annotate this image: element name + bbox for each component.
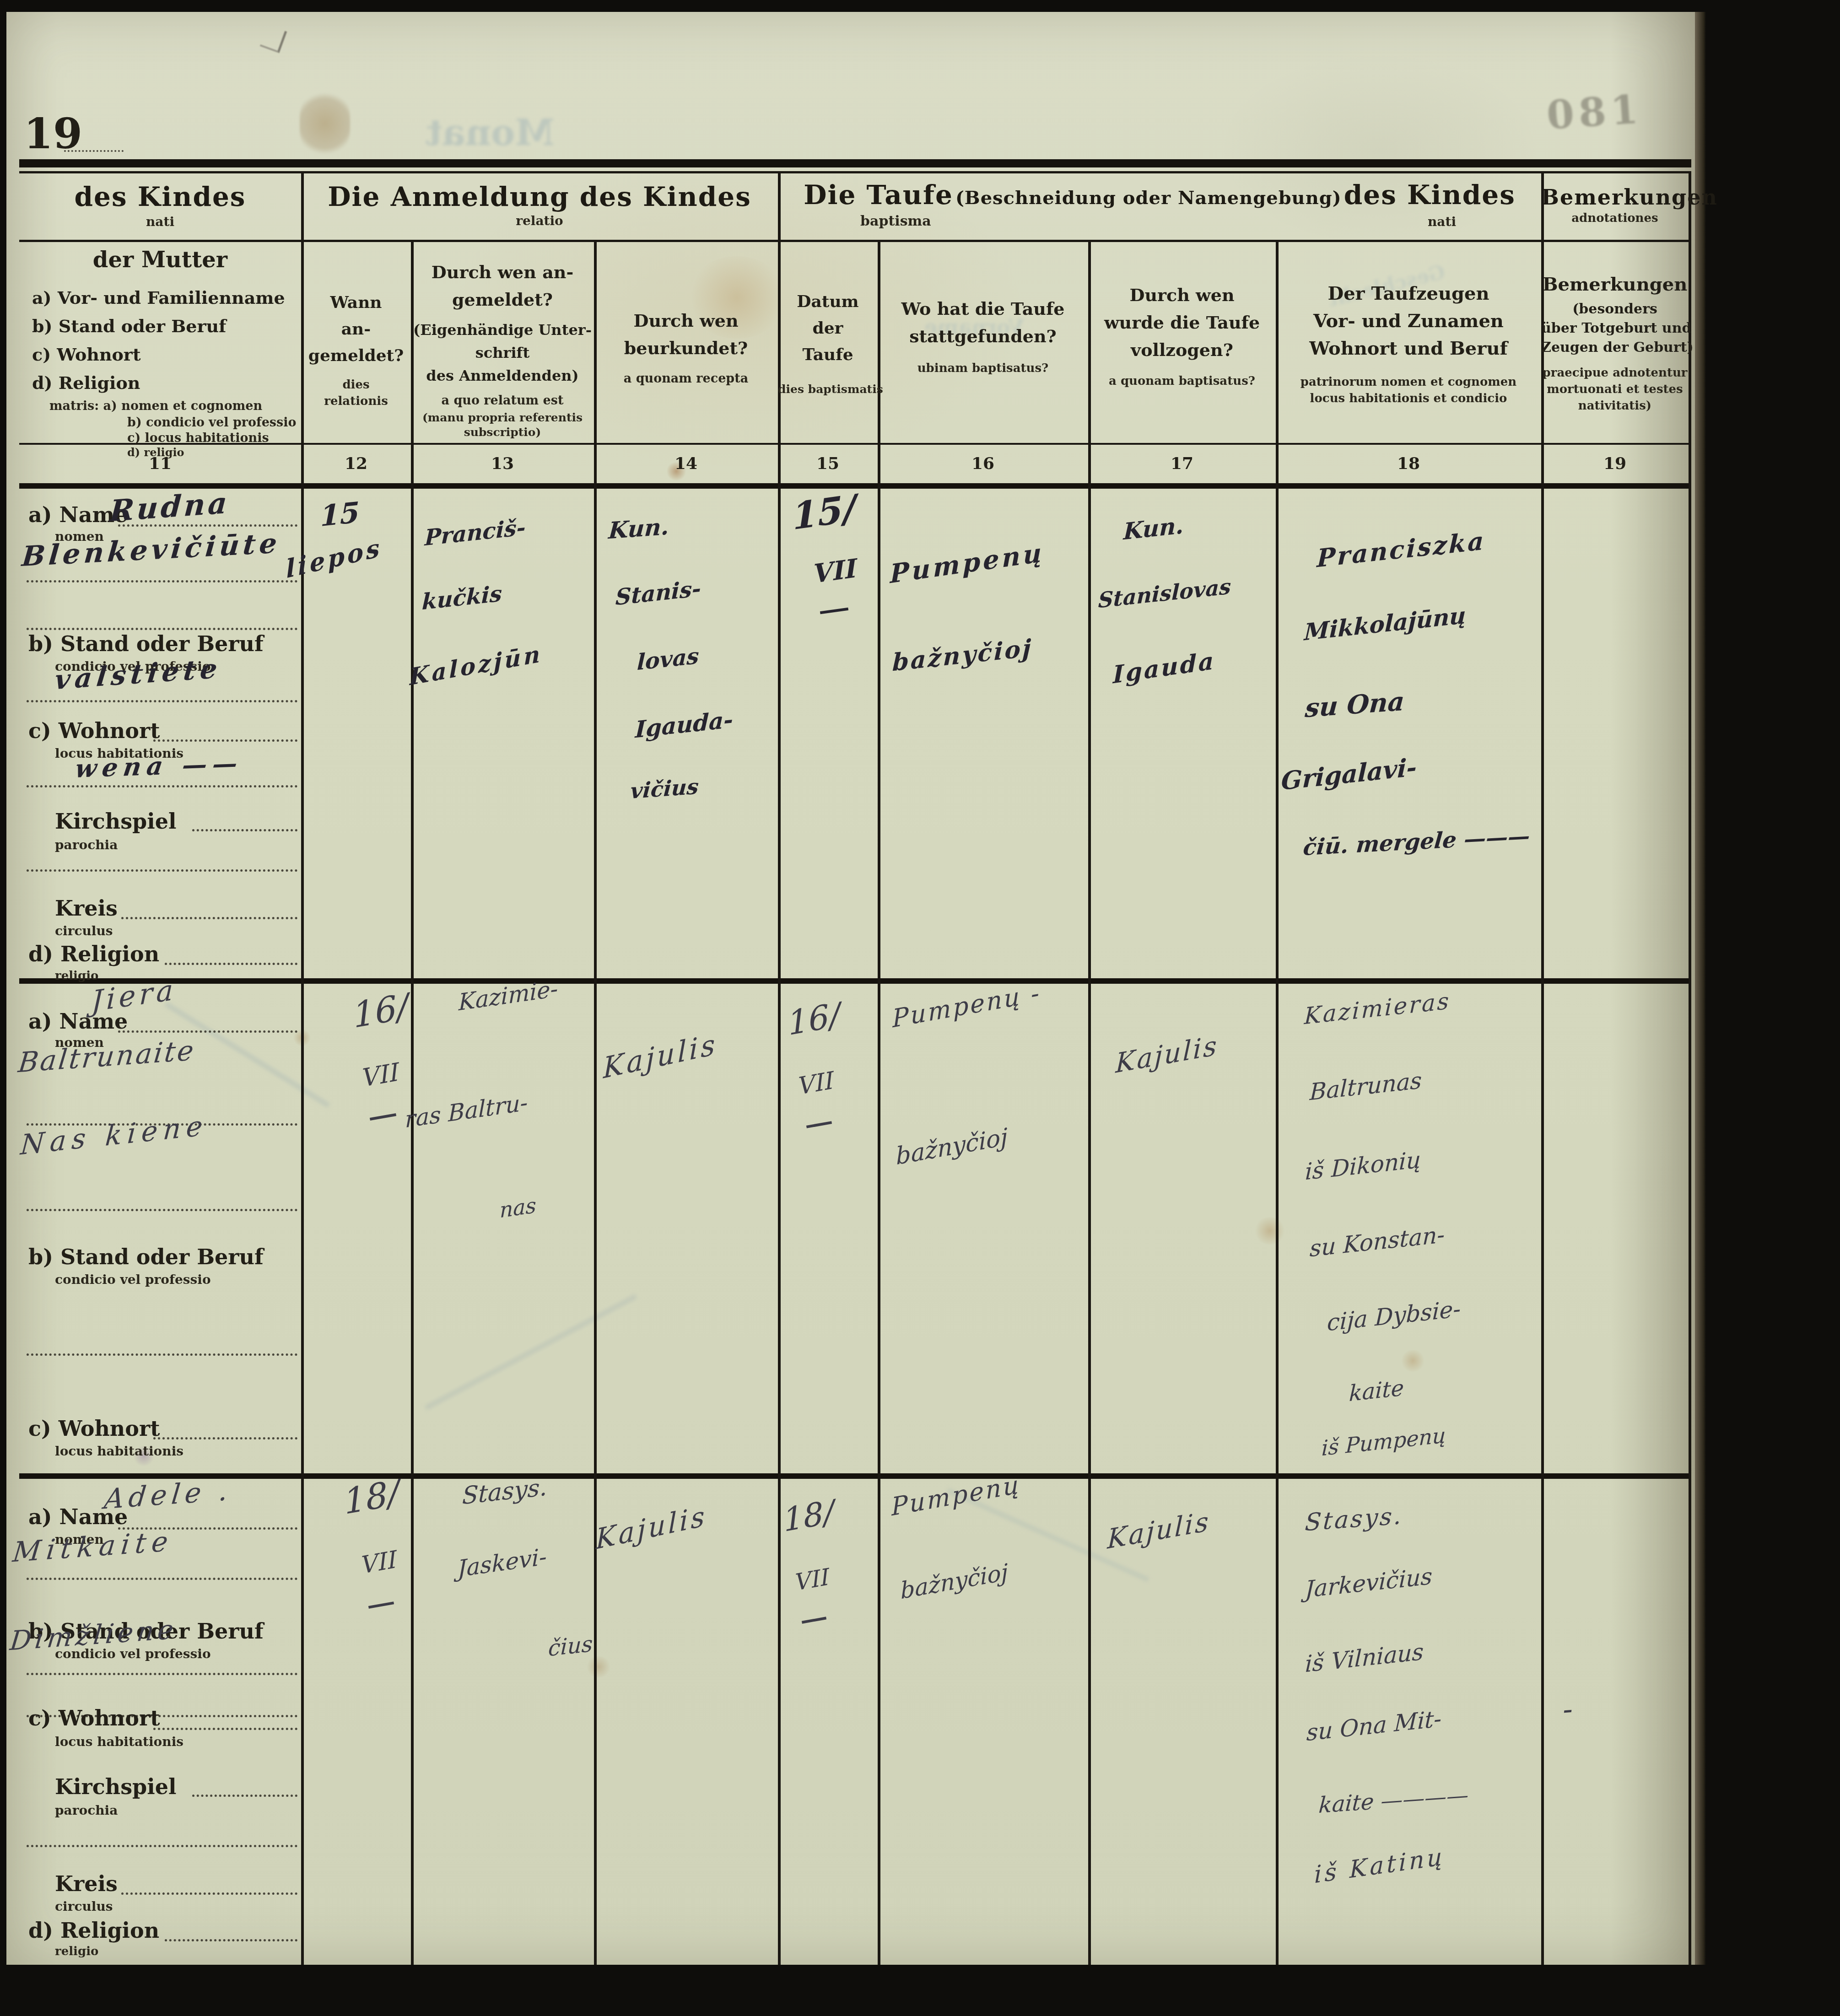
group-taufe-title-tail: des Kindes (1344, 179, 1516, 210)
col19-line1: Bemerkungen (1541, 274, 1689, 295)
r3-label-kreis-lat: circulus (55, 1899, 113, 1914)
r1-dots-name3 (27, 628, 297, 630)
col18-line3: Wohnort und Beruf (1276, 338, 1541, 359)
table-right-rule (1689, 172, 1691, 1965)
col12-number: 12 (301, 454, 411, 473)
r2-label-stand: b) Stand oder Beruf (28, 1245, 264, 1269)
r1-dots-wohnort2 (27, 785, 297, 787)
col12-latin-1: dies (301, 378, 411, 392)
group-taufe-title: Die Taufe (Beschneidung oder Namengebung… (778, 179, 1541, 210)
col11-title: der Mutter (19, 247, 301, 273)
col18-line1: Der Taufzeugen (1276, 283, 1541, 304)
col-line-17-18 (1276, 242, 1279, 1965)
r1-label-religion-lat: religio (55, 969, 98, 983)
col16-line2: stattgefunden? (878, 326, 1088, 346)
col13-line1: Durch wen an- (411, 262, 594, 282)
table-top-rule (19, 159, 1691, 167)
col19-number: 19 (1541, 454, 1689, 473)
group-taufe-subtitle-left: baptisma (860, 213, 931, 229)
page-number-line (64, 150, 124, 152)
r3-dots-name2 (27, 1578, 297, 1580)
col11-latin-3: c) locus habitationis (127, 431, 269, 445)
col-line-15-16 (878, 242, 880, 1965)
r3-label-religion: d) Religion (28, 1918, 159, 1943)
col-line-16-17 (1088, 242, 1091, 1965)
group-bemerkungen-subtitle: adnotationes (1541, 211, 1689, 225)
col13-sub2: schrift (411, 344, 594, 361)
r1-label-kreis: Kreis (55, 896, 118, 921)
row1-bottom-rule (19, 978, 1691, 984)
group-taufe-subtitle-right: nati (1428, 214, 1456, 229)
col12-line1: Wann (301, 293, 411, 312)
col11-item-d: d) Religion (32, 372, 140, 393)
r1-datum-monat: VII (813, 553, 858, 589)
r1-datum-tag: 15/ (792, 486, 857, 538)
r1-dots-kreis (121, 917, 297, 919)
col19-sub3: Zeugen der Geburt) (1541, 340, 1689, 356)
col11-number: 11 (19, 454, 301, 473)
r2-label-wohnort-lat: locus habitationis (55, 1444, 183, 1459)
group-anmeldung-title: Die Anmeldung des Kindes (301, 181, 778, 212)
col13-latin-2: (manu propria referentis (411, 411, 594, 424)
r3-label-wohnort-lat: locus habitationis (55, 1734, 183, 1749)
col-line-14-15 (778, 172, 781, 1965)
r2-dots-stand (27, 1353, 297, 1356)
group-kind-subtitle: nati (19, 214, 301, 229)
r1-label-kreis-lat: circulus (55, 923, 113, 938)
r2-melder-3: nas (500, 1193, 536, 1223)
col11-item-b: b) Stand oder Beruf (32, 316, 226, 336)
r2-dots-name (118, 1030, 297, 1033)
col13-number: 13 (411, 454, 594, 473)
col14-latin-1: a quonam recepta (594, 372, 778, 386)
row2-bottom-rule (19, 1473, 1691, 1479)
group-taufe-title-main: Die Taufe (804, 179, 953, 210)
scanned-register-page: { "page": { "number": "19" }, "ghosts": … (0, 0, 1840, 2016)
r1-dots-stand (27, 700, 297, 702)
col12-line3: gemeldet? (301, 346, 411, 365)
col15-latin-1: dies baptismatis (778, 383, 878, 396)
col11-latin-2: b) condicio vel professio (127, 415, 296, 430)
r1-beurkundet-5: vičius (630, 774, 699, 803)
r1-dots-wohnort (153, 739, 297, 742)
col-line-13-14 (594, 242, 597, 1965)
r3-dots-kirchspiel2 (27, 1845, 297, 1847)
col16-line1: Wo hat die Taufe (878, 298, 1088, 319)
col19-sub1: (besonders (1541, 301, 1689, 317)
col13-latin-1: a quo relatum est (411, 393, 594, 408)
col11-item-a: a) Vor- und Familienname (32, 287, 285, 308)
col15-line1: Datum (778, 292, 878, 311)
col15-line2: der (778, 318, 878, 338)
col15-number: 15 (778, 454, 878, 473)
col18-line2: Vor- und Zunamen (1276, 310, 1541, 332)
r3-label-kirchspiel: Kirchspiel (55, 1774, 176, 1799)
col19-latin-1: praecipue adnotentur (1541, 366, 1689, 380)
col13-sub3: des Anmeldenden) (411, 367, 594, 384)
bleedthrough-stamp: 081 (1545, 86, 1644, 139)
r1-angemeldet-tag: 15 (320, 496, 360, 533)
col14-line2: beurkundet? (594, 338, 778, 358)
r1-label-stand: b) Stand oder Beruf (28, 631, 264, 656)
col17-line1: Durch wen (1088, 285, 1276, 305)
col14-line1: Durch wen (594, 310, 778, 331)
r3-label-religion-lat: religio (55, 1945, 98, 1958)
page-binding-edge (1695, 12, 1706, 1965)
col16-latin-1: ubinam baptisatus? (878, 361, 1088, 375)
r2-label-wohnort: c) Wohnort (28, 1416, 160, 1441)
bleedthrough-monat: Monat (426, 112, 555, 154)
col16-number: 16 (878, 454, 1088, 473)
r1-dots-kirchspiel2 (27, 869, 297, 872)
r3-label-wohnort: c) Wohnort (28, 1706, 160, 1730)
col17-latin-1: a quonam baptisatus? (1088, 374, 1276, 388)
col13-sub1: (Eigenhändige Unter- (411, 321, 594, 339)
col18-latin-2: locus habitationis et condicio (1276, 392, 1541, 405)
group-bemerkungen-title: Bemerkungen (1541, 185, 1689, 210)
col12-line2: an- (301, 319, 411, 339)
col11-latin-1: matris: a) nomen et cognomen (49, 399, 262, 413)
col13-latin-3: subscriptio) (411, 426, 594, 439)
r3-dots-name3 (27, 1673, 297, 1675)
r3-label-kreis: Kreis (55, 1871, 118, 1896)
col17-number: 17 (1088, 454, 1276, 473)
group-anmeldung-subtitle: relatio (301, 213, 778, 228)
r1-dots-kirchspiel (192, 829, 297, 831)
table-top-rule-2 (19, 171, 1691, 173)
col18-latin-1: patrinorum nomen et cognomen (1276, 375, 1541, 389)
r3-dots-wohnort (153, 1728, 297, 1730)
col19-latin-3: nativitatis) (1541, 399, 1689, 413)
r2-dots-wohnort (153, 1437, 297, 1439)
r1-label-religion: d) Religion (28, 942, 159, 966)
col17-line2: wurde die Taufe (1088, 312, 1276, 333)
group-taufe-title-paren: (Beschneidung oder Namengebung) (955, 187, 1342, 209)
col15-line3: Taufe (778, 345, 878, 364)
col12-latin-2: relationis (301, 394, 411, 408)
r3-dots-kreis (121, 1892, 297, 1895)
col11-item-c: c) Wohnort (32, 344, 140, 365)
group-header-rule (19, 240, 1691, 242)
group-kind-title: des Kindes (19, 181, 301, 212)
col14-number: 14 (594, 454, 778, 473)
r2-label-stand-lat: condicio vel professio (55, 1272, 211, 1287)
number-row-rule (19, 443, 1691, 445)
col18-number: 18 (1276, 454, 1541, 473)
col-line-18-19 (1541, 172, 1544, 1965)
col-line-12-13 (411, 242, 414, 1965)
col13-line2: gemeldet? (411, 289, 594, 310)
r1-wohnort: wena —— (73, 748, 245, 783)
col19-latin-2: mortuonati et testes (1541, 383, 1689, 396)
col17-line3: vollzogen? (1088, 340, 1276, 360)
r1-label-kirchspiel-lat: parochia (55, 837, 118, 852)
r1-dots-religion (165, 963, 297, 965)
r1-label-kirchspiel: Kirchspiel (55, 809, 176, 834)
col19-sub2: über Totgeburt und (1541, 320, 1689, 336)
r3-dots-religion (165, 1939, 297, 1941)
r1-label-wohnort: c) Wohnort (28, 718, 160, 743)
r3-label-kirchspiel-lat: parochia (55, 1803, 118, 1818)
r3-melder-3: čius (548, 1631, 593, 1662)
r1-dots-name2 (27, 580, 297, 582)
r3-dots-kirchspiel (192, 1795, 297, 1797)
r2-dots-name3 (27, 1209, 297, 1211)
col-line-11-12 (301, 172, 304, 1965)
r1-beurkundet-1: Kun. (608, 513, 670, 544)
